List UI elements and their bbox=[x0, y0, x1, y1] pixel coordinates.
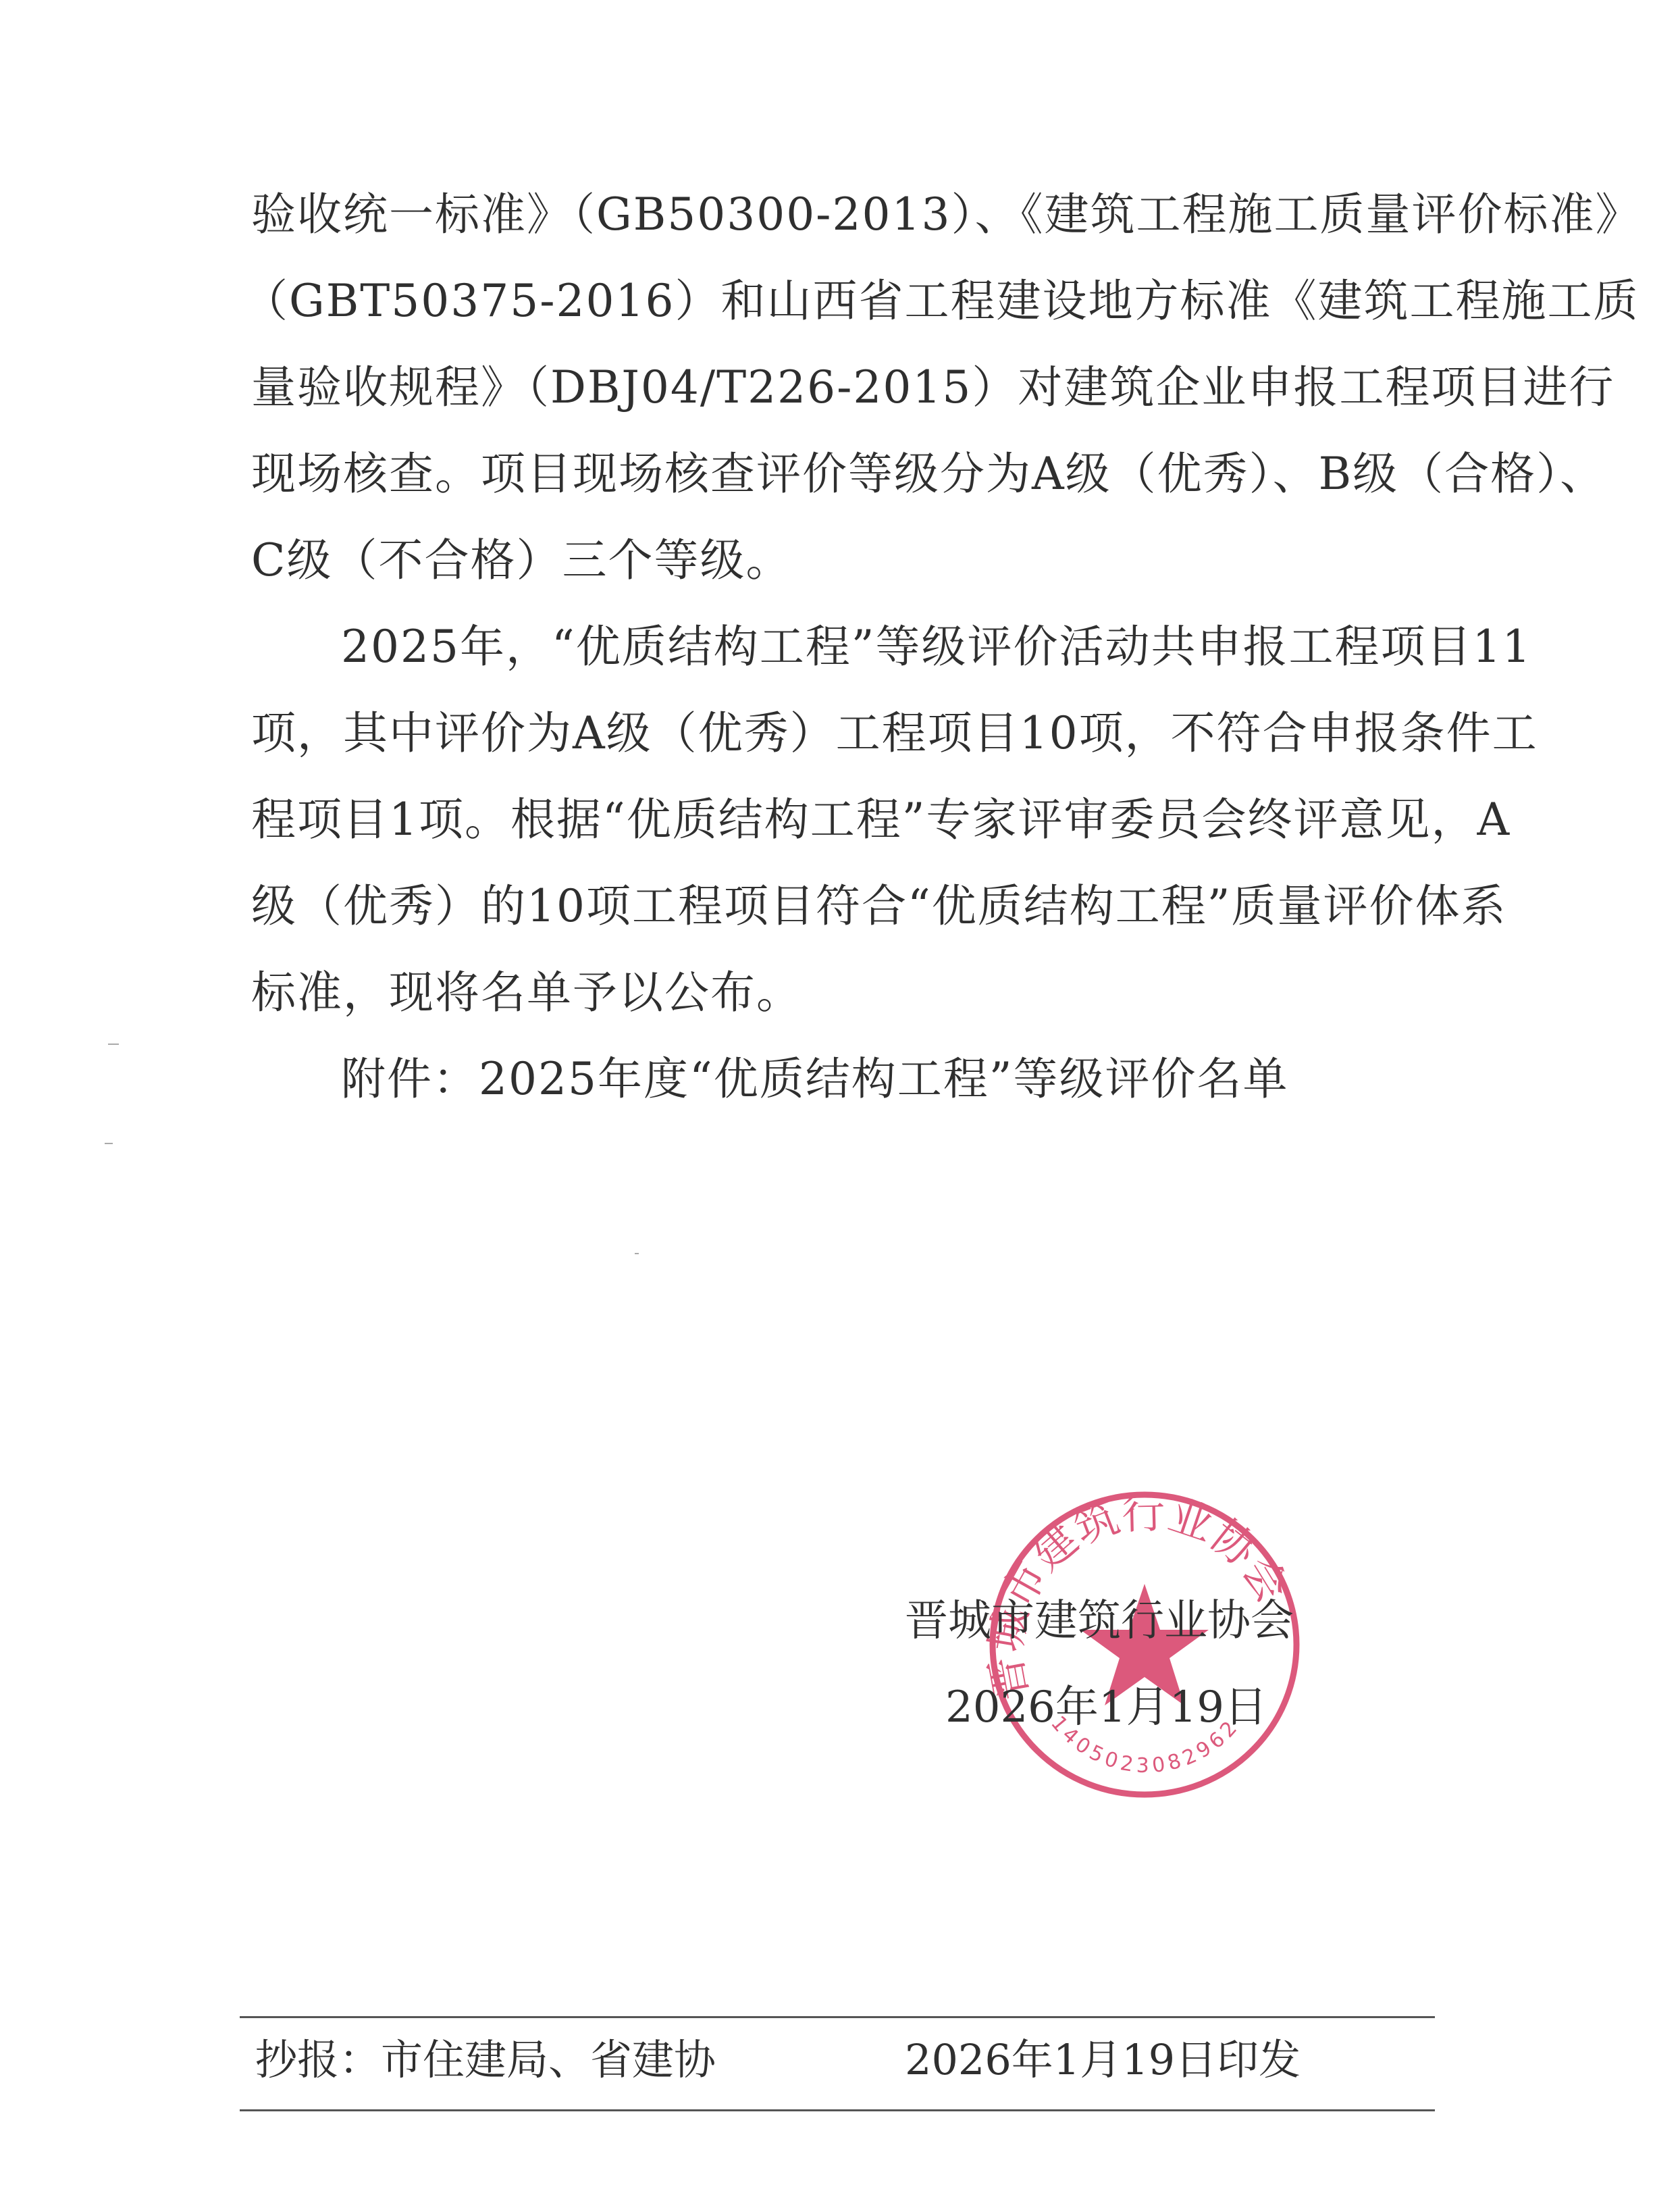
body-line-6: 2025年，“优质结构工程”等级评价活动共申报工程项目11 bbox=[341, 620, 1597, 674]
signing-date: 2026年1月19日 bbox=[945, 1680, 1267, 1734]
body-line-1: 验收统一标准》（GB50300-2013）、《建筑工程施工质量评价标准》 bbox=[251, 188, 1507, 242]
attachment-line: 附件：2025年度“优质结构工程”等级评价名单 bbox=[341, 1052, 1597, 1106]
footer-bottom-divider bbox=[240, 2109, 1435, 2111]
body-line-5: C级（不合格）三个等级。 bbox=[251, 534, 1507, 588]
body-line-2: （GBT50375-2016）和山西省工程建设地方标准《建筑工程施工质 bbox=[243, 274, 1499, 328]
document-page: 验收统一标准》（GB50300-2013）、《建筑工程施工质量评价标准》 （GB… bbox=[0, 0, 1680, 2187]
body-line-7: 项，其中评价为A级（优秀）工程项目10项，不符合申报条件工 bbox=[251, 706, 1507, 761]
issue-date: 2026年1月19日印发 bbox=[905, 2033, 1301, 2087]
signing-organization: 晋城市建筑行业协会 bbox=[905, 1594, 1294, 1648]
body-line-9: 级（优秀）的10项工程项目符合“优质结构工程”质量评价体系 bbox=[251, 879, 1507, 933]
body-line-10: 标准，现将名单予以公布。 bbox=[251, 966, 1507, 1020]
footer-top-divider bbox=[240, 2016, 1435, 2018]
scan-speck bbox=[108, 1044, 119, 1045]
scan-speck bbox=[635, 1253, 639, 1254]
body-line-4: 现场核查。项目现场核查评价等级分为A级（优秀）、B级（合格）、 bbox=[251, 447, 1507, 501]
cc-recipients: 抄报：市住建局、省建协 bbox=[255, 2033, 716, 2087]
scan-speck bbox=[105, 1143, 113, 1144]
body-line-8: 程项目1项。根据“优质结构工程”专家评审委员会终评意见，A bbox=[251, 793, 1507, 847]
body-line-3: 量验收规程》（DBJ04/T226-2015）对建筑企业申报工程项目进行 bbox=[251, 361, 1507, 415]
